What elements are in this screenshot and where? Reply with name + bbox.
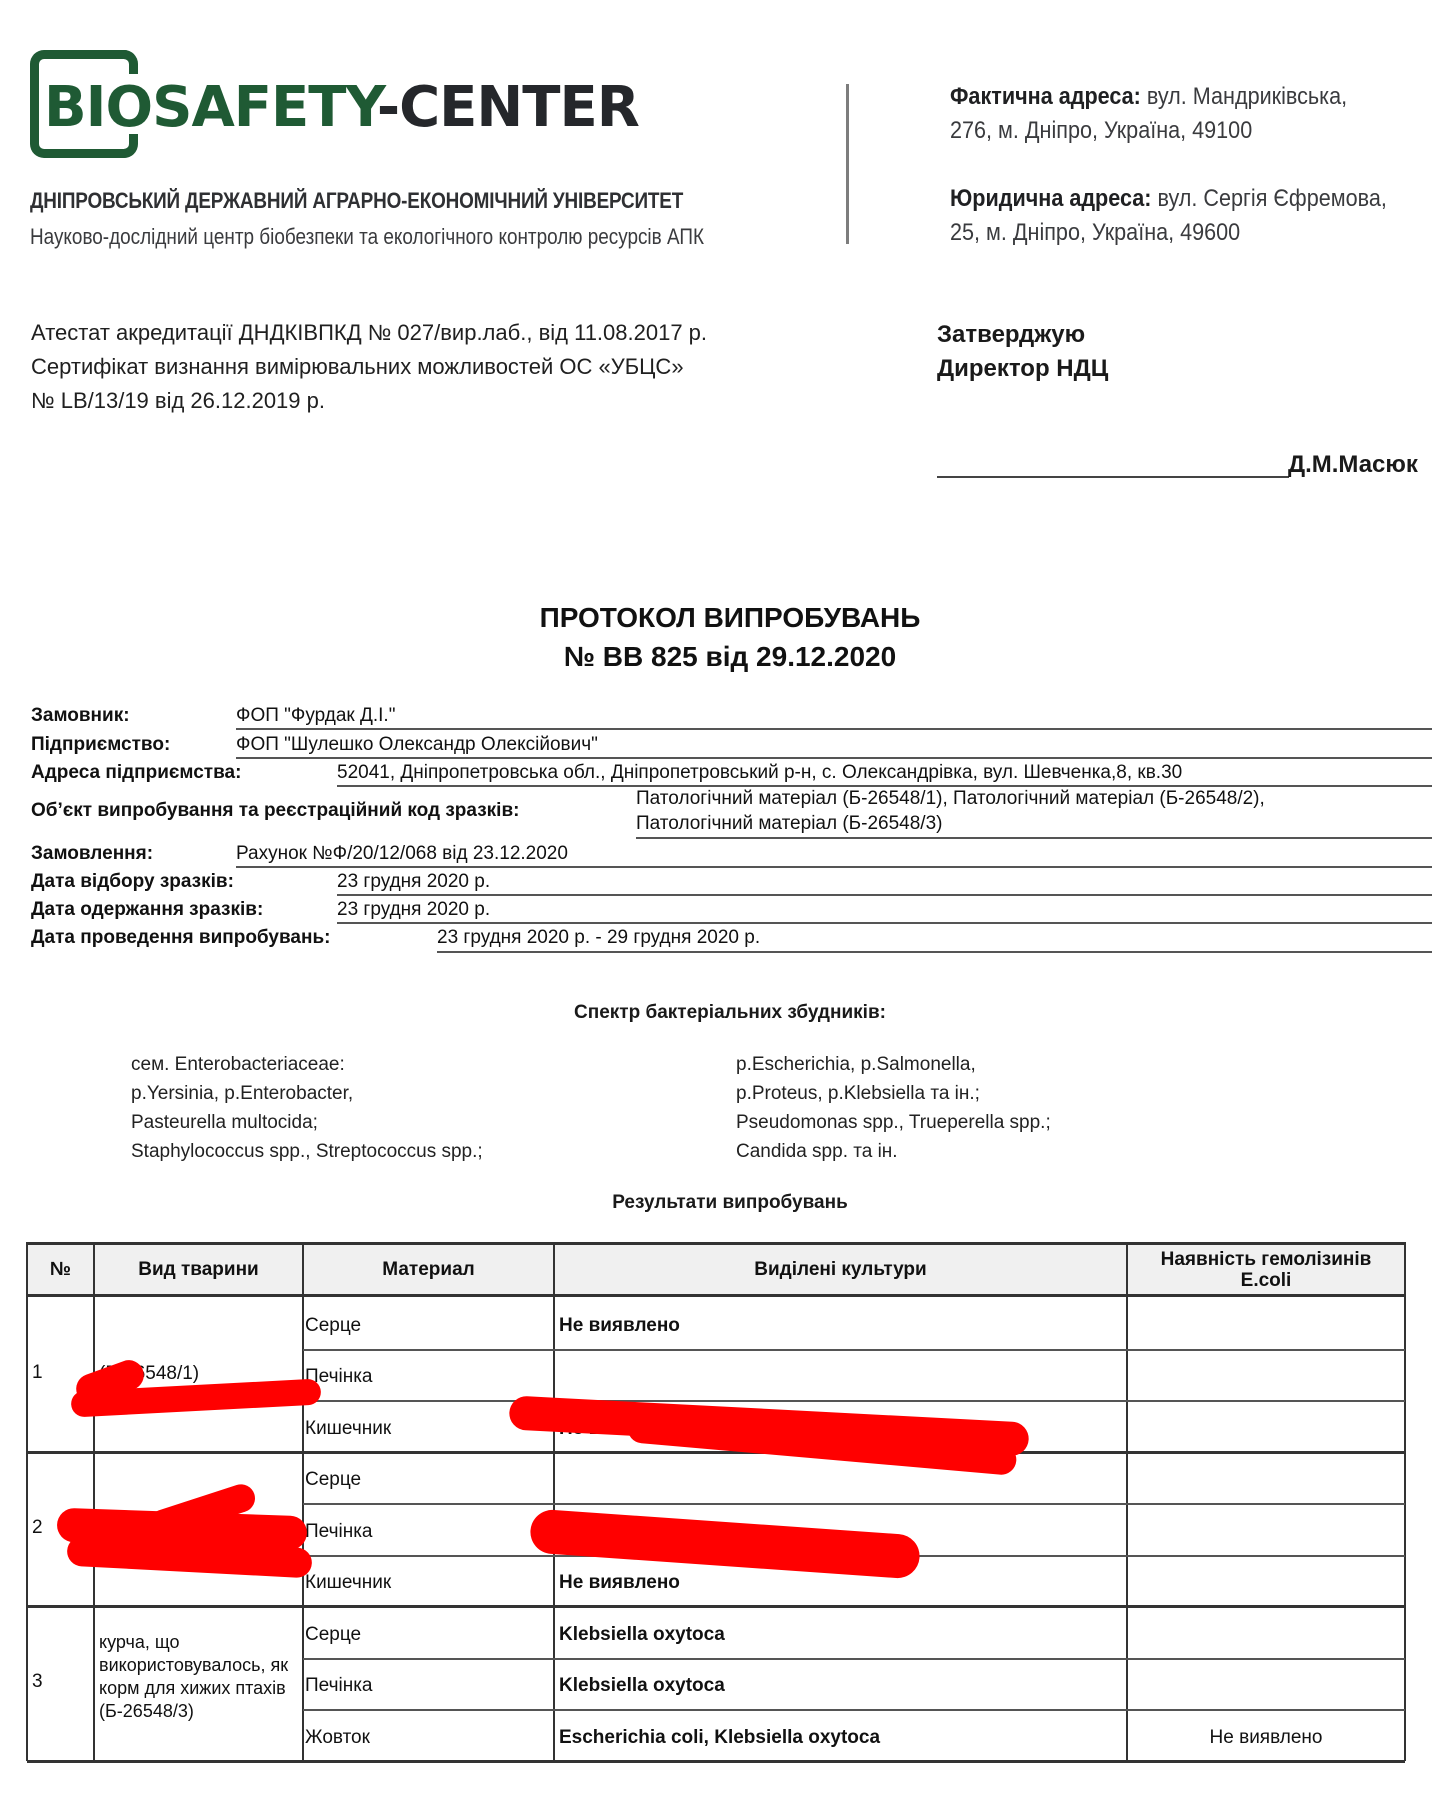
field-underline: [236, 866, 1432, 868]
spectrum-item: p.Yersinia, p.Enterobacter,: [131, 1079, 483, 1108]
header-divider: [846, 84, 849, 244]
material-cell: Печінка: [305, 1675, 373, 1697]
spectrum-item: p.Escherichia, p.Salmonella,: [736, 1050, 1051, 1079]
document-number: № ВВ 825 від 29.12.2020: [0, 641, 1440, 673]
spectrum-item: Staphylococcus spp., Streptococcus spp.;: [131, 1137, 483, 1166]
group-divider: [27, 1451, 1405, 1454]
accreditation-line: Сертифікат визнання вимірювальних можлив…: [31, 350, 707, 384]
field-underline: [236, 757, 1432, 759]
spectrum-item: p.Proteus, p.Klebsiella та ін.;: [736, 1079, 1051, 1108]
center-name: Науково-дослідний центр біобезпеки та ек…: [30, 224, 704, 250]
table-header: № Вид тварини Материал Виділені культури…: [27, 1242, 1405, 1297]
legal-address-label: Юридична адреса:: [950, 185, 1151, 212]
document-title: ПРОТОКОЛ ВИПРОБУВАНЬ: [0, 602, 1440, 634]
spectrum-left-list: сем. Enterobacteriaceae: p.Yersinia, p.E…: [131, 1050, 483, 1166]
row-number: 2: [32, 1517, 43, 1539]
logo-part-center: -CENTER: [377, 75, 639, 140]
customer-value: ФОП "Фурдак Д.І.": [236, 705, 395, 727]
cultures-cell: Escherichia coli, Klebsiella oxytoca: [559, 1727, 880, 1749]
row-number: 1: [32, 1362, 43, 1384]
customer-label: Замовник:: [31, 705, 130, 727]
legal-address: Юридична адреса: вул. Сергія Єфремова, 2…: [950, 182, 1387, 250]
enterprise-label: Підприємство:: [31, 734, 170, 756]
actual-address-line2: 276, м. Дніпро, Україна, 49100: [950, 117, 1252, 144]
group-divider: [27, 1605, 1405, 1608]
field-underline: [337, 785, 1432, 787]
field-underline: [437, 951, 1432, 953]
approval-line2: Директор НДЦ: [937, 352, 1108, 386]
column-header-animal: Вид тварини: [94, 1245, 303, 1294]
sampling-date-value: 23 грудня 2020 р.: [337, 871, 490, 893]
test-object-value-line2: Патологічний матеріал (Б-26548/3): [636, 813, 942, 835]
spectrum-item: сем. Enterobacteriaceae:: [131, 1050, 483, 1079]
material-cell: Печінка: [305, 1521, 373, 1543]
spectrum-title: Спектр бактеріальних збудників:: [0, 1002, 1440, 1024]
hemolysins-cell: Не виявлено: [1127, 1727, 1405, 1749]
table-column-border: [26, 1242, 28, 1761]
spectrum-item: Candida spp. та ін.: [736, 1137, 1051, 1166]
order-value: Рахунок №Ф/20/12/068 від 23.12.2020: [236, 843, 568, 865]
legal-address-line2: 25, м. Дніпро, Україна, 49600: [950, 219, 1240, 246]
column-header-number: №: [27, 1245, 94, 1294]
material-cell: Серце: [305, 1315, 361, 1337]
table-column-border: [553, 1242, 555, 1761]
table-column-border: [93, 1242, 95, 1761]
animal-cell: курча, що використовувалось, як корм для…: [99, 1631, 300, 1723]
approval-line1: Затверджую: [937, 318, 1108, 352]
field-underline: [636, 837, 1432, 839]
column-header-cultures: Виділені культури: [554, 1245, 1127, 1294]
row-divider: [303, 1658, 1405, 1660]
receipt-date-label: Дата одержання зразків:: [31, 899, 263, 921]
test-object-label: Об’єкт випробування та реєстраційний код…: [31, 800, 519, 822]
material-cell: Серце: [305, 1469, 361, 1491]
row-divider: [303, 1349, 1405, 1351]
redaction-mark: [529, 1508, 921, 1579]
legal-address-line1: вул. Сергія Єфремова,: [1151, 185, 1386, 212]
cultures-cell: Не виявлено: [559, 1315, 680, 1337]
field-underline: [337, 922, 1432, 924]
field-underline: [337, 894, 1432, 896]
signature-line: [937, 476, 1289, 478]
results-table: № Вид тварини Материал Виділені культури…: [27, 1242, 1405, 1761]
results-title: Результати випробувань: [0, 1192, 1440, 1214]
accreditation-line: № LB/13/19 від 26.12.2019 р.: [31, 384, 707, 418]
spectrum-item: Pasteurella multocida;: [131, 1108, 483, 1137]
field-underline: [236, 728, 1432, 730]
column-header-material: Материал: [303, 1245, 554, 1294]
actual-address-line1: вул. Мандриківська,: [1141, 83, 1347, 110]
enterprise-address-value: 52041, Дніпропетровська обл., Дніпропетр…: [337, 762, 1182, 784]
actual-address-label: Фактична адреса:: [950, 83, 1141, 110]
row-divider: [303, 1400, 1405, 1402]
testing-dates-value: 23 грудня 2020 р. - 29 грудня 2020 р.: [437, 927, 760, 949]
enterprise-address-label: Адреса підприємства:: [31, 762, 241, 784]
test-object-value-line1: Патологічний матеріал (Б-26548/1), Патол…: [636, 788, 1265, 810]
row-number: 3: [32, 1671, 43, 1693]
material-cell: Жовток: [305, 1727, 370, 1749]
logo: BIOSAFETY-CENTER: [44, 78, 639, 138]
sampling-date-label: Дата відбору зразків:: [31, 871, 234, 893]
signatory-name: Д.М.Масюк: [1288, 451, 1418, 479]
university-name: ДНІПРОВСЬКИЙ ДЕРЖАВНИЙ АГРАРНО-ЕКОНОМІЧН…: [30, 188, 683, 214]
actual-address: Фактична адреса: вул. Мандриківська, 276…: [950, 80, 1347, 148]
logo-part-biosafety: BIOSAFETY: [44, 75, 377, 140]
cultures-cell: Klebsiella oxytoca: [559, 1624, 725, 1646]
logo-frame-corner: [120, 50, 138, 74]
testing-dates-label: Дата проведення випробувань:: [31, 927, 330, 949]
material-cell: Серце: [305, 1624, 361, 1646]
row-divider: [303, 1709, 1405, 1711]
group-divider: [27, 1760, 1405, 1763]
enterprise-value: ФОП "Шулешко Олександр Олексійович": [236, 734, 598, 756]
accreditation-block: Атестат акредитації ДНДКІВПКД № 027/вир.…: [31, 316, 707, 418]
material-cell: Кишечник: [305, 1572, 391, 1594]
accreditation-line: Атестат акредитації ДНДКІВПКД № 027/вир.…: [31, 316, 707, 350]
spectrum-item: Pseudomonas spp., Trueperella spp.;: [736, 1108, 1051, 1137]
row-divider: [303, 1503, 1405, 1505]
table-column-border: [1126, 1242, 1128, 1761]
approval-block: Затверджую Директор НДЦ: [937, 318, 1108, 386]
column-header-hemolysins: Наявність гемолізинів E.coli: [1127, 1245, 1405, 1294]
table-column-border: [1404, 1242, 1406, 1761]
table-column-border: [302, 1242, 304, 1761]
material-cell: Кишечник: [305, 1418, 391, 1440]
receipt-date-value: 23 грудня 2020 р.: [337, 899, 490, 921]
cultures-cell: Не виявлено: [559, 1572, 680, 1594]
cultures-cell: Klebsiella oxytoca: [559, 1675, 725, 1697]
spectrum-right-list: p.Escherichia, p.Salmonella, p.Proteus, …: [736, 1050, 1051, 1166]
order-label: Замовлення:: [31, 843, 153, 865]
